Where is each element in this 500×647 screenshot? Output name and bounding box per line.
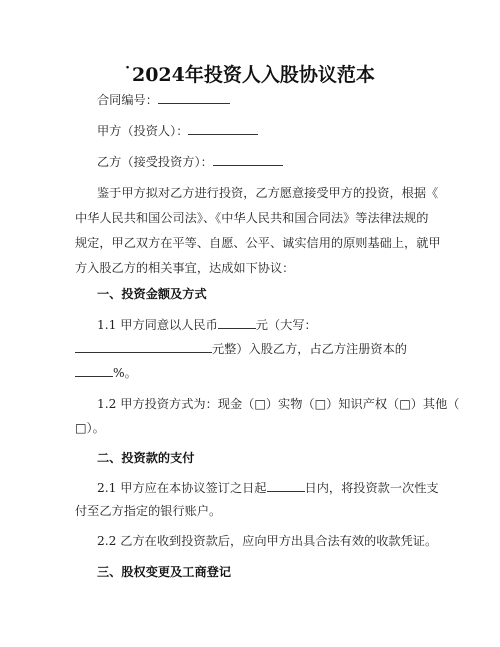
- clause-1-1-text-c: 元整）入股乙方，占乙方注册资本的: [212, 342, 407, 356]
- party-a-label: 甲方（投资人）：: [97, 124, 188, 138]
- days-blank[interactable]: [267, 479, 305, 492]
- clause-1-2-line-2: □）。: [75, 417, 415, 439]
- preamble-line-2: 中华人民共和国公司法》、《中华人民共和国合同法》等法律法规的: [75, 207, 415, 229]
- amount-in-words-blank[interactable]: [75, 340, 212, 353]
- party-b-field: 乙方（接受投资方）：: [97, 151, 437, 173]
- contract-number-blank[interactable]: [158, 91, 230, 104]
- section-1-heading: 一、投资金额及方式: [97, 283, 437, 305]
- contract-number-label: 合同编号：: [97, 93, 158, 107]
- party-a-blank[interactable]: [188, 122, 258, 135]
- clause-2-1-text-a: 2.1 甲方应在本协议签订之日起: [97, 481, 267, 495]
- percentage-blank[interactable]: [75, 364, 113, 377]
- preamble-line-4: 方入股乙方的相关事宜，达成如下协议：: [75, 257, 415, 279]
- section-2-heading: 二、投资款的支付: [97, 447, 437, 469]
- title-marker: ·: [125, 60, 130, 76]
- clause-1-1-line-2: 元整）入股乙方，占乙方注册资本的: [75, 338, 415, 360]
- clause-1-1-line-1: 1.1 甲方同意以人民币元（大写：: [97, 314, 437, 336]
- clause-2-1-line-1: 2.1 甲方应在本协议签订之日起日内，将投资款一次性支: [97, 477, 437, 499]
- section-3-heading: 三、股权变更及工商登记: [97, 561, 437, 583]
- preamble-line-1: 鉴于甲方拟对乙方进行投资，乙方愿意接受甲方的投资，根据《: [97, 182, 437, 204]
- amount-blank[interactable]: [218, 316, 256, 329]
- clause-1-1-line-3: %。: [75, 362, 415, 384]
- document-title: ·2024年投资人入股协议范本: [0, 60, 500, 87]
- document-page: ·2024年投资人入股协议范本 合同编号： 甲方（投资人）： 乙方（接受投资方）…: [0, 0, 500, 647]
- party-b-blank[interactable]: [213, 153, 283, 166]
- clause-1-1-text-d: %。: [113, 366, 137, 380]
- party-a-field: 甲方（投资人）：: [97, 120, 437, 142]
- contract-number-field: 合同编号：: [97, 89, 437, 111]
- clause-1-2-line-1: 1.2 甲方投资方式为：现金（□）实物（□）知识产权（□）其他（: [97, 393, 437, 415]
- clause-2-1-text-b: 日内，将投资款一次性支: [305, 481, 439, 495]
- title-text: 2024年投资人入股协议范本: [132, 64, 375, 86]
- clause-1-1-text-a: 1.1 甲方同意以人民币: [97, 318, 218, 332]
- party-b-label: 乙方（接受投资方）：: [97, 155, 213, 169]
- preamble-line-3: 规定，甲乙双方在平等、自愿、公平、诚实信用的原则基础上，就甲: [75, 232, 415, 254]
- clause-2-1-line-2: 付至乙方指定的银行账户。: [75, 500, 415, 522]
- clause-1-1-text-b: 元（大写：: [256, 318, 317, 332]
- clause-2-2: 2.2 乙方在收到投资款后，应向甲方出具合法有效的收款凭证。: [97, 530, 437, 552]
